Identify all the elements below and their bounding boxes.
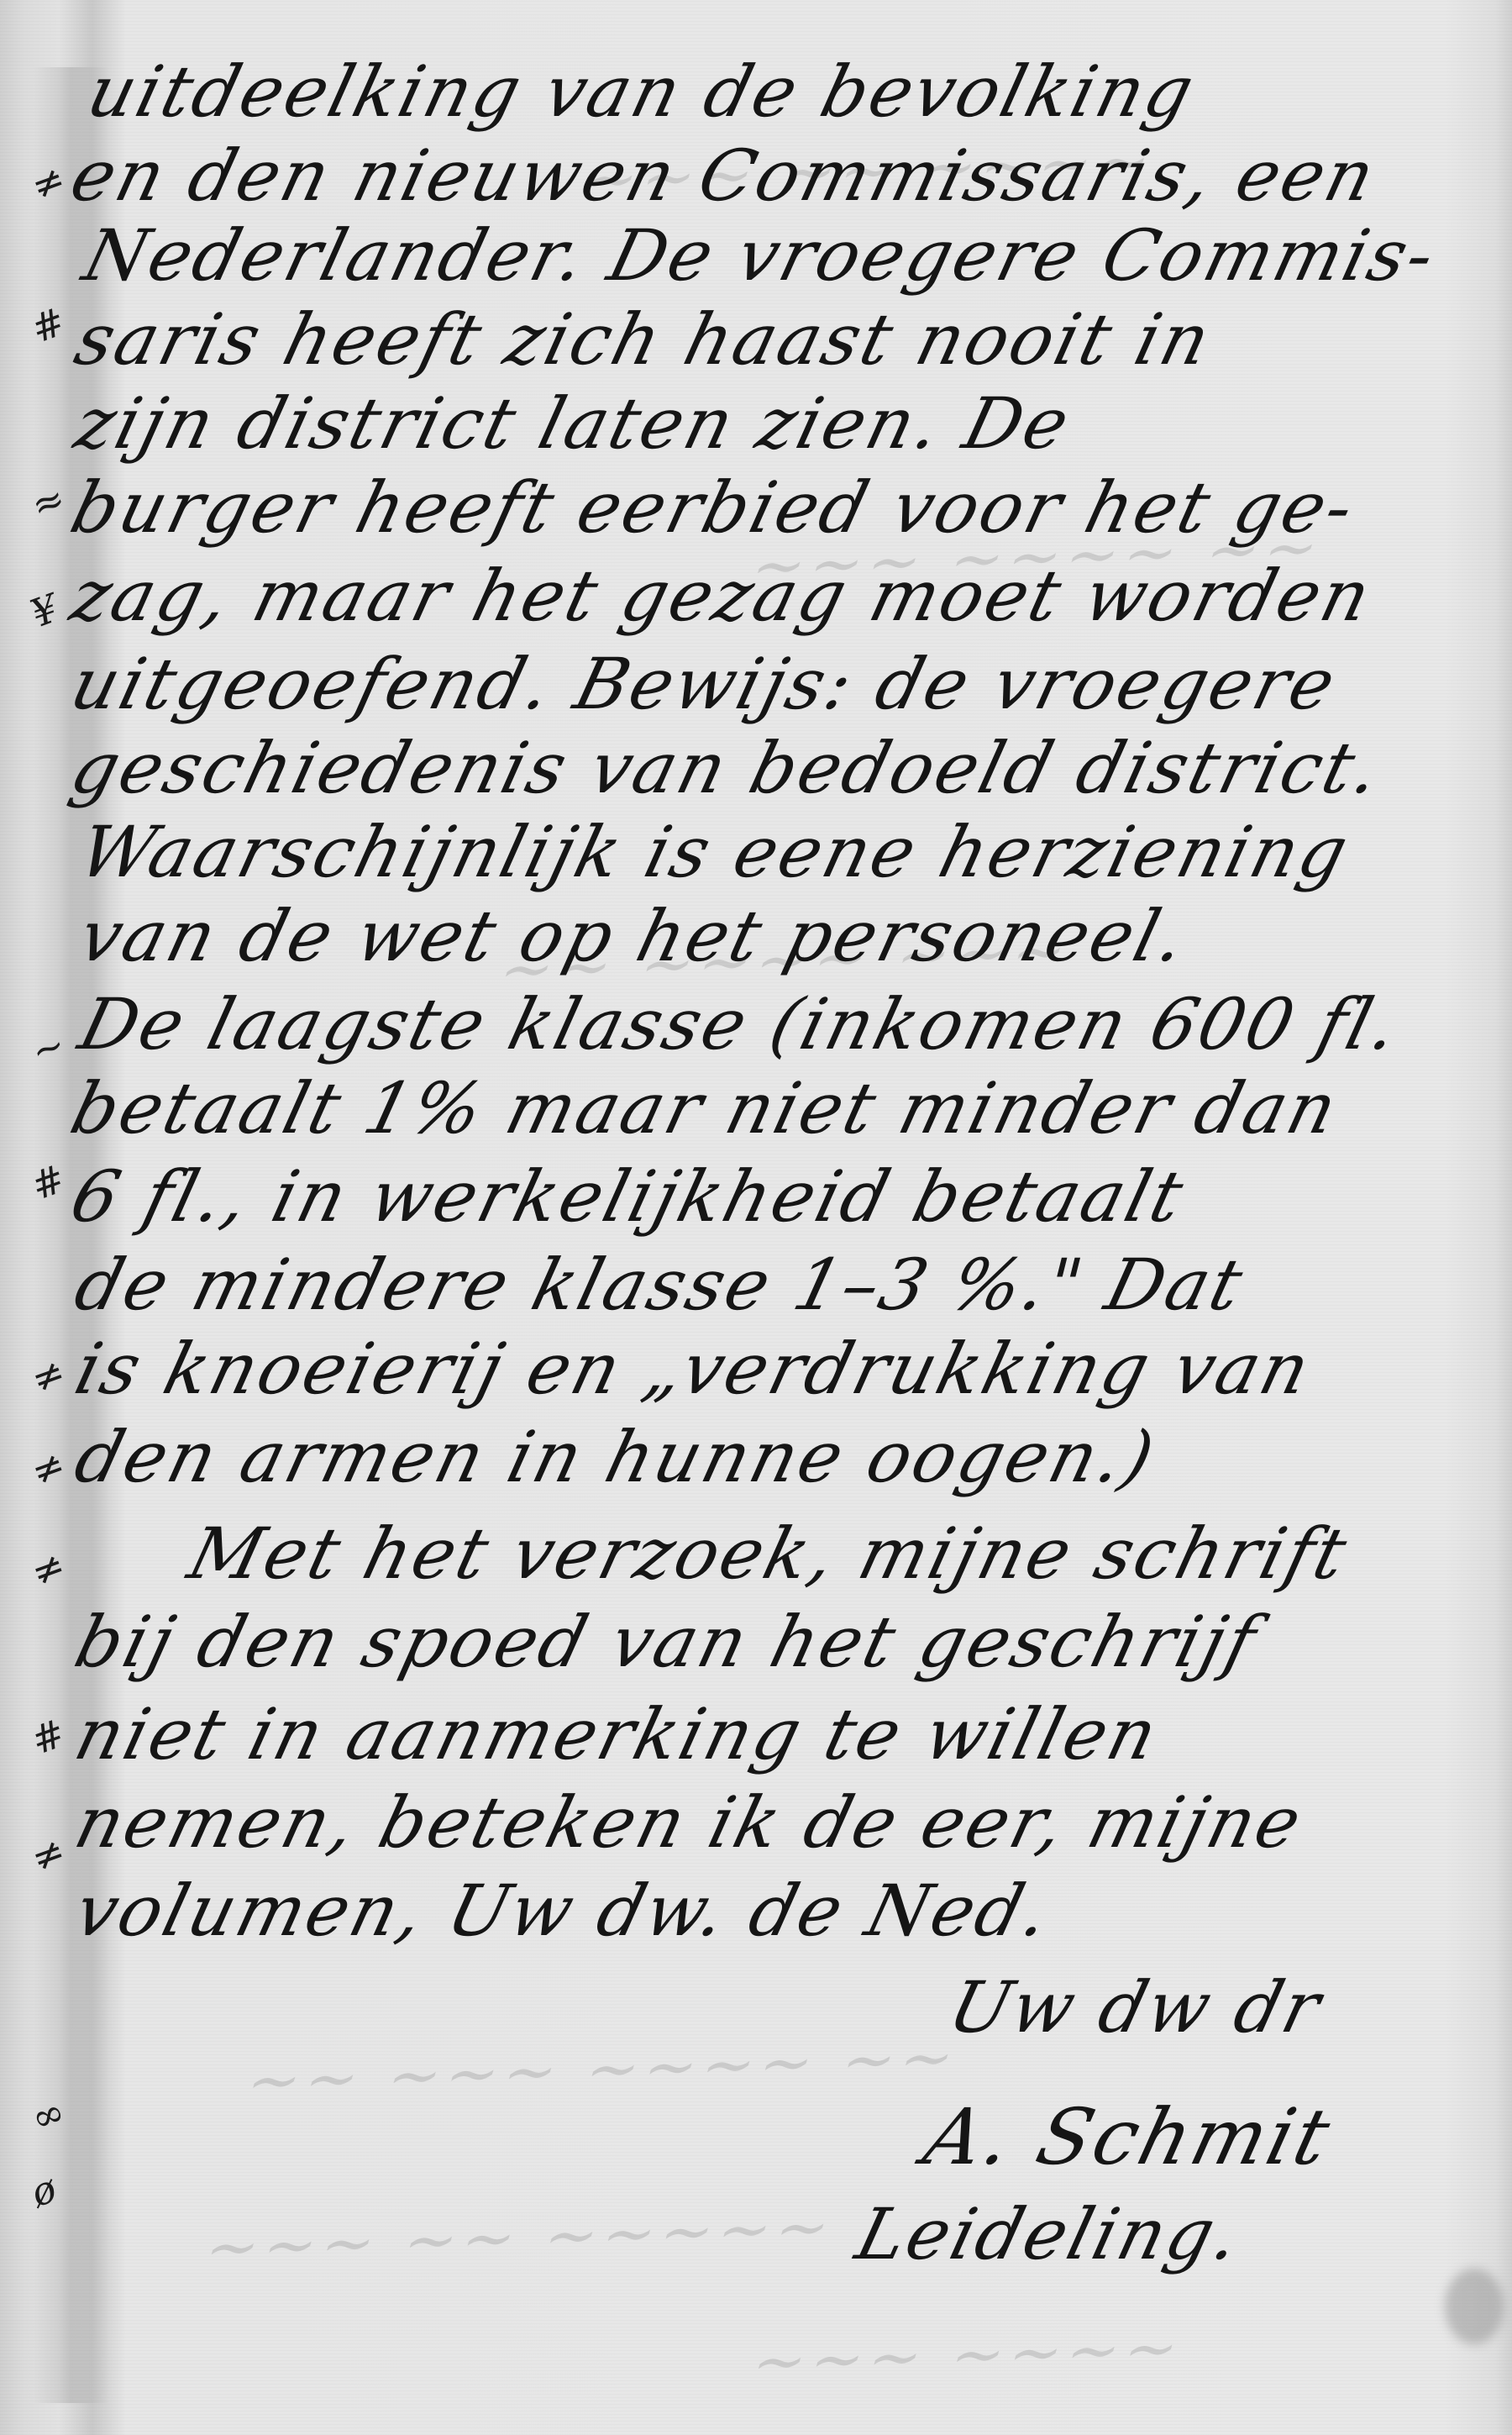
signature: A. Schmit xyxy=(916,2092,1341,2182)
scanned-page: ~~~ ~~ ~~~~ ~~~ ~~~~ ~~ ~~ ~~~~ ~~~ ~~ ~… xyxy=(0,0,1512,2435)
letter-line: en den nieuwen Commissaris, een xyxy=(63,134,1385,217)
closing-salutation: Uw dw dr xyxy=(941,1966,1331,2048)
letter-line: saris heeft zich haast nooit in xyxy=(67,298,1221,381)
letter-line: is knoeierij en „verdrukking van xyxy=(67,1328,1320,1410)
bleed-through: ~~~ ~~~~ xyxy=(743,2311,1194,2399)
letter-line: de mindere klasse 1–3 %." Dat xyxy=(67,1244,1252,1326)
letter-line: den armen in hunne oogen.) xyxy=(67,1416,1164,1498)
bleed-through: ~~ ~~~ ~~~~ ~~ xyxy=(238,2021,969,2117)
letter-line: betaalt 1% maar niet minder dan xyxy=(63,1067,1347,1149)
letter-line: volumen, Uw dw. de Ned. xyxy=(67,1870,1060,1952)
letter-line: geschiedenis van bedoeld district. xyxy=(63,727,1390,809)
letter-line: nemen, beteken ik de eer, mijne xyxy=(67,1781,1311,1864)
letter-line: burger heeft eerbied voor het ge- xyxy=(63,466,1364,549)
letter-line: niet in aanmerking te willen xyxy=(67,1693,1168,1775)
letter-line: De laagste klasse (inkomen 600 fl. xyxy=(71,983,1409,1065)
ink-smudge xyxy=(1445,2269,1504,2344)
letter-line: van de wet op het personeel. xyxy=(71,895,1196,977)
letter-line: zag, maar het gezag moet worden xyxy=(63,555,1381,637)
bleed-through: ~~~ ~~ ~~~~~ xyxy=(197,2190,845,2285)
letter-line: 6 fl., in werkelijkheid betaalt xyxy=(63,1155,1194,1238)
signatory-title: Leideling. xyxy=(848,2193,1251,2275)
letter-line: bij den spoed van het geschrijf xyxy=(67,1601,1266,1683)
letter-line: Met het verzoek, mijne schrift xyxy=(181,1512,1357,1595)
letter-line: uitdeelking van de bevolking xyxy=(80,50,1204,133)
letter-line: Waarschijnlijk is eene herziening xyxy=(71,811,1358,893)
letter-line: zijn district laten zien. De xyxy=(67,382,1079,465)
letter-line: uitgeoefend. Bewijs: de vroegere xyxy=(63,643,1346,725)
letter-line: Nederlander. De vroegere Commis- xyxy=(76,214,1445,297)
